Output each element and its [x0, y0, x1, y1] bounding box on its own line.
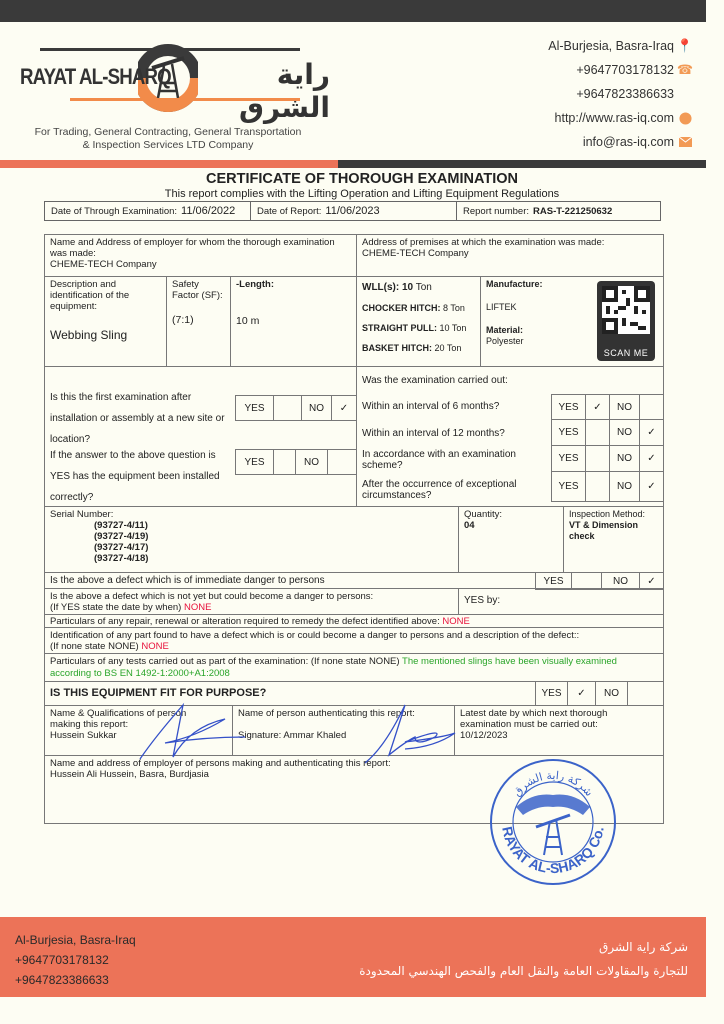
identification-sub: (If none state NONE) [50, 641, 139, 652]
safety-factor-cell: Safety Factor (SF): (7:1) [167, 277, 231, 367]
report-date-cell: Date of Report:11/06/2023 [251, 202, 457, 220]
phone-2-text[interactable]: +9647823386633 [576, 82, 674, 106]
wll-value: 10 [402, 282, 413, 293]
length-value: 10 m [236, 316, 351, 327]
method-value: VT & Dimension check [569, 520, 658, 542]
header-top-bar [0, 0, 706, 22]
basket-row: BASKET HITCH: 20 Ton [362, 343, 475, 353]
next-exam-value: 10/12/2023 [460, 730, 658, 741]
identification-label: Identification of any part found to have… [50, 630, 658, 641]
identification-row: Identification of any part found to have… [45, 628, 663, 654]
certificate-title: CERTIFICATE OF THOROUGH EXAMINATION [0, 171, 724, 187]
wll-cell: WLL(s): 10 Ton CHOCKER HITCH: 8 Ton STRA… [357, 277, 481, 367]
maker-signature-icon [135, 697, 255, 767]
tests-row: Particulars of any tests carried out as … [45, 654, 663, 682]
contact-block: Al-Burjesia, Basra-Iraq📍 +9647703178132☎… [548, 34, 692, 154]
logo-line-dark [40, 48, 300, 51]
repair-value: NONE [442, 616, 469, 627]
report-number-value: RAS-T-221250632 [533, 206, 612, 217]
footer-phone-1[interactable]: +9647703178132 [15, 950, 136, 970]
future-danger-cell: Is the above a defect which is not yet b… [45, 589, 459, 615]
safety-factor-label: Safety Factor (SF): [172, 279, 225, 301]
yes-checkbox[interactable] [586, 446, 610, 471]
company-name-en: RAYAT AL-SHARQ [20, 64, 171, 90]
wll-row: WLL(s): 10 Ton [362, 282, 475, 293]
yes-label: YES [552, 395, 586, 419]
svg-text:شركة راية الشرق: شركة راية الشرق [510, 769, 595, 799]
footer-ar-line-1: شركة راية الشرق [359, 935, 688, 959]
no-checkbox[interactable]: ✓ [332, 396, 356, 420]
location-pin-icon: 📍 [678, 39, 692, 53]
length-label: -Length: [236, 279, 351, 290]
contact-phone-1[interactable]: +9647703178132☎ [548, 58, 692, 82]
repair-row: Particulars of any repair, renewal or al… [45, 615, 663, 628]
immediate-danger-yes-no: YES NO ✓ [535, 573, 664, 590]
yes-by-cell: YES by: [459, 589, 663, 615]
future-danger-question: Is the above a defect which is not yet b… [50, 591, 453, 602]
footer-contact: Al-Burjesia, Basra-Iraq +9647703178132 +… [15, 930, 136, 990]
footer-ar-line-2: للتجارة والمقاولات العامة والنقل العام و… [359, 959, 688, 983]
yes-label: YES [552, 420, 586, 445]
no-checkbox[interactable] [640, 395, 663, 419]
question-exam-scheme: In accordance with an examination scheme… [362, 449, 542, 471]
no-label: NO [302, 396, 332, 420]
no-checkbox[interactable] [628, 682, 663, 705]
identification-answer-row: (If none state NONE) NONE [50, 641, 658, 652]
wll-label: WLL(s): [362, 282, 399, 293]
quantity-value: 04 [464, 520, 558, 531]
website-link[interactable]: http://www.ras-iq.com [555, 106, 674, 130]
quantity-cell: Quantity: 04 [459, 507, 564, 573]
no-checkbox[interactable]: ✓ [640, 472, 663, 501]
serial-cell: Serial Number: (93727-4/11)(93727-4/19)(… [45, 507, 459, 573]
interval-yes-no-row: YES✓NO [551, 394, 664, 420]
safety-factor-value: (7:1) [172, 315, 225, 326]
yes-by-label: YES by: [464, 595, 500, 606]
exam-date-value: 11/06/2022 [181, 205, 235, 217]
footer-address: Al-Burjesia, Basra-Iraq [15, 930, 136, 950]
questions-left-cell: Is this the first examination after inst… [45, 367, 357, 507]
future-danger-answer-row: (If YES state the date by when) NONE [50, 602, 453, 613]
serial-number: (93727-4/19) [94, 531, 453, 542]
no-checkbox[interactable]: ✓ [640, 446, 663, 471]
contact-phone-2[interactable]: +9647823386633. [548, 82, 692, 106]
yes-label: YES [236, 450, 274, 474]
report-date-label: Date of Report: [257, 206, 321, 217]
interval-yes-no-row: YESNO✓ [551, 446, 664, 472]
interval-yes-no-row: YESNO✓ [551, 472, 664, 502]
yes-label: YES [552, 446, 586, 471]
exam-date-cell: Date of Through Examination:11/06/2022 [45, 202, 251, 220]
tagline-line-1: For Trading, General Contracting, Genera… [18, 126, 318, 139]
email-icon [678, 135, 692, 149]
report-date-value: 11/06/2023 [325, 205, 379, 217]
straight-value: 10 Ton [440, 323, 467, 333]
no-label: NO [610, 395, 640, 419]
report-number-cell: Report number:RAS-T-221250632 [457, 202, 660, 220]
svg-text:RAYAT AL-SHARQ Co.: RAYAT AL-SHARQ Co. [499, 825, 607, 876]
footer-phone-2[interactable]: +9647823386633 [15, 970, 136, 990]
stamp-text-en: RAYAT AL-SHARQ Co. [499, 825, 607, 876]
exam-date-label: Date of Through Examination: [51, 206, 177, 217]
employer-label: Name and Address of employer for whom th… [50, 237, 351, 259]
no-checkbox[interactable]: ✓ [640, 573, 663, 589]
phone-icon: ☎ [678, 63, 692, 77]
immediate-danger-question: Is the above a defect which is of immedi… [50, 575, 325, 586]
no-label: NO [296, 450, 328, 474]
employer-value: CHEME-TECH Company [50, 259, 351, 270]
interval-yes-no-row: YESNO✓ [551, 420, 664, 446]
tagline-line-2: & Inspection Services LTD Company [18, 139, 318, 152]
serial-number: (93727-4/18) [94, 553, 453, 564]
question-exceptional: After the occurrence of exceptional circ… [362, 479, 542, 501]
choker-value: 8 Ton [443, 303, 465, 313]
no-label: NO [602, 573, 640, 589]
phone-1-text[interactable]: +9647703178132 [576, 58, 674, 82]
globe-icon [678, 111, 692, 125]
yes-checkbox[interactable] [586, 472, 610, 501]
yes-checkbox[interactable] [572, 573, 602, 589]
email-link[interactable]: info@ras-iq.com [583, 130, 674, 154]
choker-label: CHOCKER HITCH: [362, 303, 441, 313]
question-installed-correctly: If the answer to the above question is Y… [50, 445, 225, 508]
no-label: NO [610, 472, 640, 501]
choker-row: CHOCKER HITCH: 8 Ton [362, 303, 475, 313]
contact-email[interactable]: info@ras-iq.com [548, 130, 692, 154]
company-tagline: For Trading, General Contracting, Genera… [18, 126, 318, 152]
serial-number: (93727-4/11) [94, 520, 453, 531]
description-value: Webbing Sling [50, 330, 161, 341]
qr-code-icon [602, 286, 650, 334]
logo-line-orange [70, 98, 300, 101]
company-name-ar: راية الشرق [206, 58, 330, 124]
yes-checkbox[interactable] [274, 450, 296, 474]
premises-cell: Address of premises at which the examina… [357, 235, 663, 277]
address-text: Al-Burjesia, Basra-Iraq [548, 34, 674, 58]
question-12-months: Within an interval of 12 months? [362, 428, 505, 439]
scan-me-label: SCAN ME [597, 348, 655, 358]
repair-label: Particulars of any repair, renewal or al… [50, 616, 440, 627]
report-number-label: Report number: [463, 206, 529, 217]
serial-label: Serial Number: [50, 509, 453, 520]
serial-number: (93727-4/17) [94, 542, 453, 553]
certificate-subtitle: This report complies with the Lifting Op… [0, 188, 724, 200]
yes-label: YES [536, 682, 568, 705]
description-cell: Description and identification of the eq… [45, 277, 167, 367]
company-logo: RAYAT AL-SHARQ راية الشرق [10, 28, 330, 128]
wll-unit: Ton [416, 282, 432, 293]
yes-checkbox[interactable] [586, 420, 610, 445]
yes-checkbox[interactable] [274, 396, 302, 420]
premises-label: Address of premises at which the examina… [362, 237, 658, 248]
stamp-text-ar: شركة راية الشرق [510, 769, 595, 799]
contact-address: Al-Burjesia, Basra-Iraq📍 [548, 34, 692, 58]
identification-value: NONE [141, 641, 168, 652]
yes-checkbox[interactable]: ✓ [568, 682, 596, 705]
tests-label: Particulars of any tests carried out as … [50, 656, 400, 667]
yes-label: YES [552, 472, 586, 501]
no-label: NO [610, 446, 640, 471]
question-6-months: Within an interval of 6 months? [362, 401, 499, 412]
divider-orange [0, 160, 338, 168]
authenticator-signature-icon [345, 697, 465, 767]
footer-company-ar: شركة راية الشرق للتجارة والمقاولات العام… [359, 935, 688, 983]
contact-website[interactable]: http://www.ras-iq.com [548, 106, 692, 130]
length-cell: -Length: 10 m [231, 277, 357, 367]
no-checkbox[interactable]: ✓ [640, 420, 663, 445]
yes-label: YES [236, 396, 274, 420]
method-label: Inspection Method: [569, 509, 658, 520]
future-danger-sub: (If YES state the date by when) [50, 602, 181, 613]
fitness-yes-no: YES ✓ NO [535, 682, 664, 706]
examination-form: Name and Address of employer for whom th… [44, 234, 664, 824]
premises-value: CHEME-TECH Company [362, 248, 658, 259]
no-label: NO [596, 682, 628, 705]
first-exam-yes-no: YES NO ✓ [235, 395, 357, 421]
employer-cell: Name and Address of employer for whom th… [45, 235, 357, 277]
description-label: Description and identification of the eq… [50, 279, 161, 312]
divider-dark [338, 160, 706, 168]
straight-label: STRAIGHT PULL: [362, 323, 437, 333]
straight-row: STRAIGHT PULL: 10 Ton [362, 323, 475, 333]
company-stamp-icon: RAYAT AL-SHARQ Co. شركة راية الشرق [488, 757, 618, 887]
no-label: NO [610, 420, 640, 445]
no-checkbox[interactable] [328, 450, 356, 474]
future-danger-value: NONE [184, 602, 211, 613]
footer-bar: Al-Burjesia, Basra-Iraq +9647703178132 +… [0, 917, 706, 997]
interval-heading: Was the examination carried out: [362, 375, 508, 386]
serial-list: (93727-4/11)(93727-4/19)(93727-4/17)(937… [94, 520, 453, 564]
question-first-exam: Is this the first examination after inst… [50, 387, 230, 450]
quantity-label: Quantity: [464, 509, 558, 520]
next-exam-label: Latest date by which next thorough exami… [460, 708, 658, 730]
basket-label: BASKET HITCH: [362, 343, 432, 353]
qr-code[interactable]: SCAN ME [597, 281, 655, 361]
yes-checkbox[interactable]: ✓ [586, 395, 610, 419]
installed-correctly-yes-no: YES NO [235, 449, 357, 475]
next-exam-cell: Latest date by which next thorough exami… [455, 706, 663, 756]
basket-value: 20 Ton [435, 343, 462, 353]
dates-row: Date of Through Examination:11/06/2022 D… [44, 201, 661, 221]
yes-label: YES [536, 573, 572, 589]
method-cell: Inspection Method: VT & Dimension check [564, 507, 663, 573]
